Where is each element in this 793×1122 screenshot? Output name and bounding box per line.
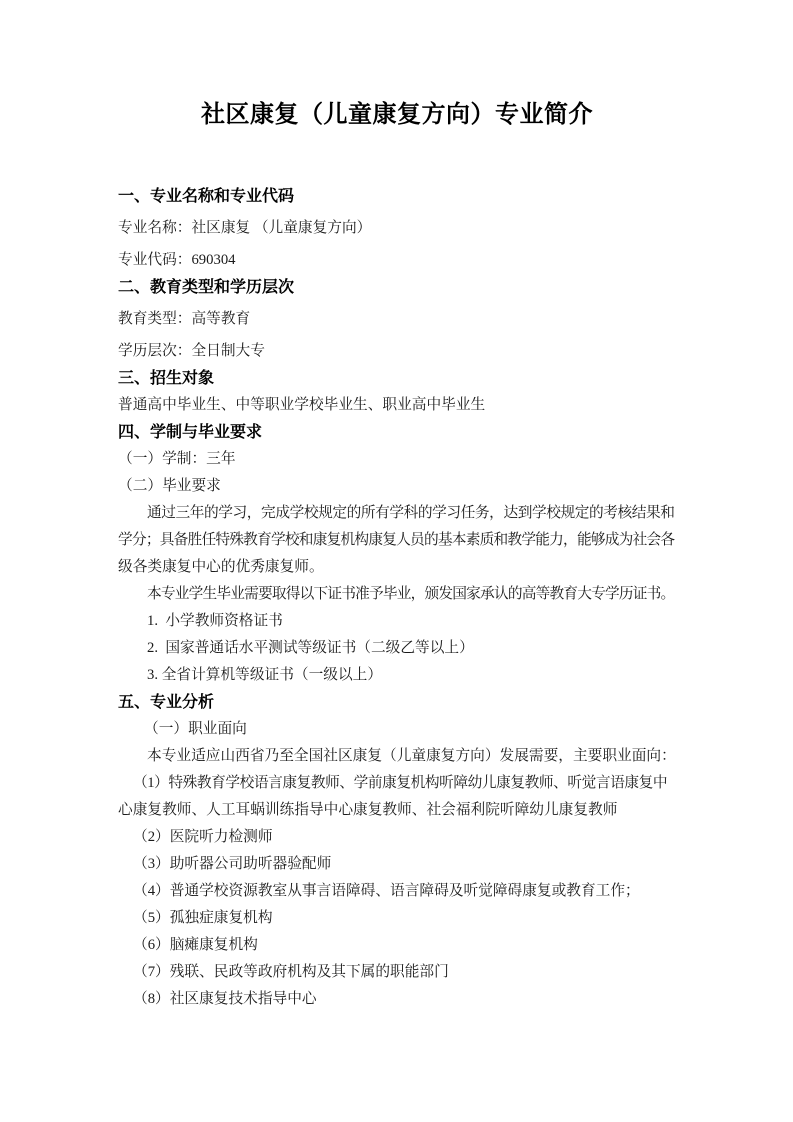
field-major-name: 专业名称：社区康复 （儿童康复方向）	[118, 215, 676, 242]
section-heading-5: 五、专业分析	[118, 689, 676, 716]
career-item-7: （7）残联、民政等政府机构及其下属的职能部门	[118, 959, 676, 986]
career-item-5: （5）孤独症康复机构	[118, 905, 676, 932]
certificates-intro-paragraph: 本专业学生毕业需要取得以下证书准予毕业，颁发国家承认的高等教育大专学历证书。	[118, 581, 676, 608]
field-major-code: 专业代码：690304	[118, 247, 676, 274]
career-item-2: （2）医院听力检测师	[118, 824, 676, 851]
career-item-6: （6）脑瘫康复机构	[118, 932, 676, 959]
certificate-item-3: 3. 全省计算机等级证书（一级以上）	[118, 662, 676, 689]
career-item-1-line-2: 心康复教师、人工耳蜗训练指导中心康复教师、社会福利院听障幼儿康复教师	[118, 797, 676, 824]
section-heading-1: 一、专业名称和专业代码	[118, 183, 676, 210]
document-content: 一、专业名称和专业代码专业名称：社区康复 （儿童康复方向）专业代码：690304…	[118, 183, 676, 1013]
document-title: 社区康复（儿童康复方向）专业简介	[118, 97, 676, 133]
section-heading-2: 二、教育类型和学历层次	[118, 274, 676, 301]
graduation-requirements-paragraph-line-1: 通过三年的学习，完成学校规定的所有学科的学习任务，达到学校规定的考核结果和	[118, 500, 676, 527]
certificate-item-1: 1. 小学教师资格证书	[118, 608, 676, 635]
enrollment-targets: 普通高中毕业生、中等职业学校毕业生、职业高中毕业生	[118, 392, 676, 419]
graduation-requirements-heading: （二）毕业要求	[118, 473, 676, 500]
graduation-requirements-paragraph-line-3: 级各类康复中心的优秀康复师。	[118, 554, 676, 581]
career-item-1-line-1: （1）特殊教育学校语言康复教师、学前康复机构听障幼儿康复教师、听觉言语康复中	[118, 770, 676, 797]
certificate-item-2: 2. 国家普通话水平测试等级证书（二级乙等以上）	[118, 635, 676, 662]
graduation-requirements-paragraph-line-2: 学分；具备胜任特殊教育学校和康复机构康复人员的基本素质和教学能力，能够成为社会各	[118, 527, 676, 554]
career-item-3: （3）助听器公司助听器验配师	[118, 851, 676, 878]
document-page: 社区康复（儿童康复方向）专业简介 一、专业名称和专业代码专业名称：社区康复 （儿…	[0, 0, 793, 1122]
section-heading-4: 四、学制与毕业要求	[118, 419, 676, 446]
field-education-type: 教育类型：高等教育	[118, 306, 676, 333]
schooling-length: （一）学制：三年	[118, 446, 676, 473]
career-item-4: （4）普通学校资源教室从事言语障碍、语言障碍及听觉障碍康复或教育工作；	[118, 878, 676, 905]
career-item-8: （8）社区康复技术指导中心	[118, 986, 676, 1013]
field-education-level: 学历层次：全日制大专	[118, 338, 676, 365]
career-orientation-heading: （一）职业面向	[118, 716, 676, 743]
section-heading-3: 三、招生对象	[118, 365, 676, 392]
career-orientation-intro: 本专业适应山西省乃至全国社区康复（儿童康复方向）发展需要，主要职业面向：	[118, 743, 676, 770]
